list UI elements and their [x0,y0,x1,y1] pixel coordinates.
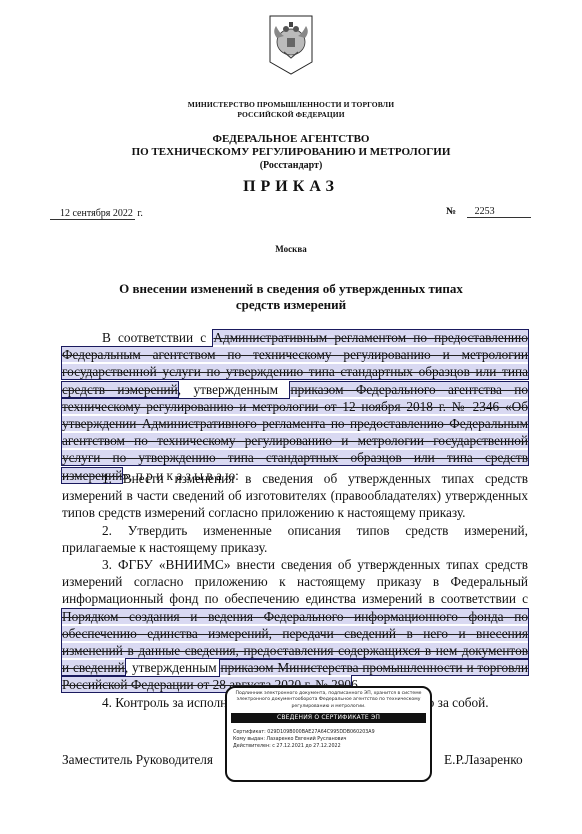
stamp-info: Сертификат: 029D109B000BAE27A64C995DDB06… [227,723,430,750]
stamp-title: СВЕДЕНИЯ О СЕРТИФИКАТЕ ЭП [231,713,426,723]
cert-row: Сертификат: 029D109B000BAE27A64C995DDB06… [233,729,424,736]
order-items: 1. Внести изменения в сведения об утверж… [62,470,528,711]
subject-line-1: О внесении изменений в сведения об утвер… [0,281,582,297]
ministry-line-1: МИНИСТЕРСТВО ПРОМЫШЛЕННОСТИ И ТОРГОВЛИ [0,100,582,110]
signer-position: Заместитель Руководителя [62,752,213,768]
electronic-signature-stamp: Подлинник электронного документа, подпис… [225,686,432,782]
order-date: 12 сентября 2022 г. [50,208,143,220]
signer-name: Е.Р.Лазаренко [444,752,523,768]
order-subject: О внесении изменений в сведения об утвер… [0,281,582,313]
city: Москва [0,244,582,254]
order-number: № 2253 [446,206,531,218]
item-3-text: 3. ФГБУ «ВНИИМС» внести сведения об утве… [62,557,528,606]
preamble-text: В соответствии с [102,330,213,345]
ministry-heading: МИНИСТЕРСТВО ПРОМЫШЛЕННОСТИ И ТОРГОВЛИ Р… [0,100,582,120]
cert-label: Сертификат: [233,730,266,735]
valid-row: Действителен: с 27.12.2021 до 27.12.2022 [233,743,424,750]
agency-line-1: ФЕДЕРАЛЬНОЕ АГЕНТСТВО [0,133,582,146]
preamble-paragraph: В соответствии с Административным реглам… [62,329,528,484]
order-item-2: 2. Утвердить измененные описания типов с… [62,522,528,556]
order-item-1: 1. Внести изменения в сведения об утверж… [62,470,528,522]
order-item-3: 3. ФГБУ «ВНИИМС» внести сведения об утве… [62,556,528,694]
stamp-intro: Подлинник электронного документа, подпис… [227,691,430,710]
item-3-text: , утвержденным [125,660,221,675]
coat-of-arms-icon [268,14,314,76]
issued-label: Кому выдан: [233,737,265,742]
date-suffix: г. [137,208,142,219]
cert-value: 029D109B000BAE27A64C995DDB060203A9 [267,730,374,735]
issued-row: Кому выдан: Лазаренко Евгений Русланович [233,736,424,743]
issued-value: Лазаренко Евгений Русланович [266,737,346,742]
document-type-title: ПРИКАЗ [0,178,582,196]
valid-value: с 27.12.2021 до 27.12.2022 [272,744,340,749]
agency-short-name: (Росстандарт) [0,159,582,172]
number-label: № [446,206,456,217]
number-value: 2253 [467,206,531,218]
agency-heading: ФЕДЕРАЛЬНОЕ АГЕНТСТВО ПО ТЕХНИЧЕСКОМУ РЕ… [0,133,582,172]
ministry-line-2: РОССИЙСКОЙ ФЕДЕРАЦИИ [0,110,582,120]
subject-line-2: средств измерений [0,297,582,313]
date-value: 12 сентября 2022 [50,208,135,220]
agency-line-2: ПО ТЕХНИЧЕСКОМУ РЕГУЛИРОВАНИЮ И МЕТРОЛОГ… [0,146,582,159]
valid-label: Действителен: [233,744,271,749]
preamble-text: , утвержденным [178,382,291,397]
